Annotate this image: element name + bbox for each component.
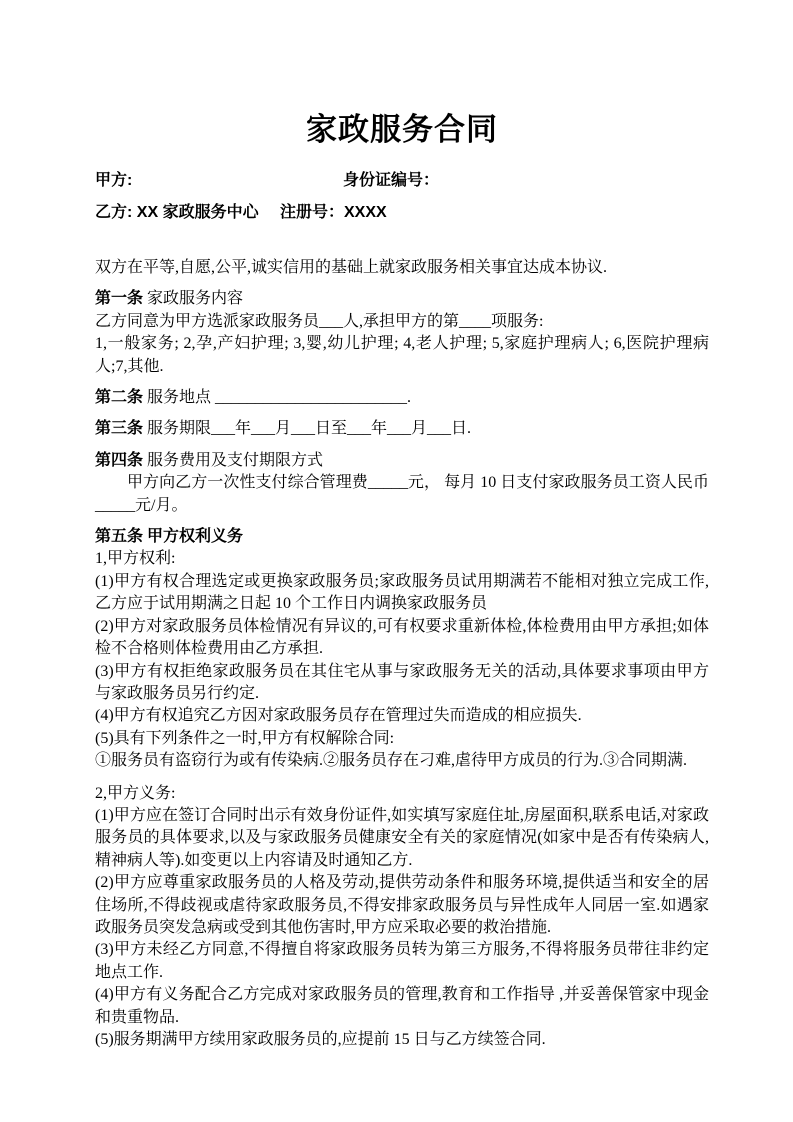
obligations-item: (5)服务期满甲方续用家政服务员的,应提前 15 日与乙方续签合同. — [95, 1029, 709, 1051]
rights-item: (3)甲方有权拒绝家政服务员在其住宅从事与家政服务无关的活动,具体要求事项由甲方… — [95, 661, 709, 706]
obligations-item: (3)甲方未经乙方同意,不得擅自将家政服务员转为第三方服务,不得将服务员带往非约… — [95, 939, 709, 984]
article-4-paragraph: 甲方向乙方一次性支付综合管理费_____元， 每月 10 日支付家政服务员工资人… — [95, 472, 709, 517]
article-1-heading: 第一条 家政服务内容 — [95, 288, 709, 310]
rights-item: ①服务员有盗窃行为或有传染病.②服务员存在刁难,虐待甲方成员的行为.③合同期满. — [95, 750, 709, 772]
rights-item: (5)具有下列条件之一时,甲方有权解除合同: — [95, 728, 709, 750]
article-1-number: 第一条 — [95, 290, 143, 307]
article-2-number: 第二条 — [95, 389, 143, 406]
id-number-label: 身份证编号： — [343, 167, 439, 190]
rights-item: (1)甲方有权合理选定或更换家政服务员;家政服务员试用期满若不能相对独立完成工作… — [95, 571, 709, 616]
rights-item: (4)甲方有权追究乙方因对家政服务员存在管理过失而造成的相应损失. — [95, 705, 709, 727]
article-5-number: 第五条 — [95, 528, 143, 545]
article-2-title: 服务地点 ________________________. — [147, 389, 411, 406]
article-1-paragraph: 1,一般家务; 2,孕,产妇护理; 3,婴,幼儿护理; 4,老人护理; 5,家庭… — [95, 333, 709, 378]
document-title: 家政服务合同 — [95, 104, 709, 149]
obligations-item: (1)甲方应在签订合同时出示有效身份证件,如实填写家庭住址,房屋面积,联系电话,… — [95, 805, 709, 872]
rights-section-head: 1,甲方权利: — [95, 548, 709, 570]
article-2-service-location: 第二条 服务地点 ________________________. — [95, 387, 709, 409]
contract-document: 家政服务合同 甲方: 身份证编号： 乙方: XX 家政服务中心 注册号：XXXX… — [0, 0, 793, 1122]
article-3-number: 第三条 — [95, 420, 143, 437]
obligations-item: (2)甲方应尊重家政服务员的人格及劳动,提供劳动条件和服务环境,提供适当和安全的… — [95, 872, 709, 939]
section-party-a-obligations: 2,甲方义务: (1)甲方应在签订合同时出示有效身份证件,如实填写家庭住址,房屋… — [95, 783, 709, 1052]
registration-number-label: 注册号：XXXX — [280, 199, 387, 222]
party-b-line: 乙方: XX 家政服务中心 注册号：XXXX — [95, 199, 709, 221]
obligations-item: (4)甲方有义务配合乙方完成对家政服务员的管理,教育和工作指导 ,并妥善保管家中… — [95, 984, 709, 1029]
article-4-heading: 第四条 服务费用及支付期限方式 — [95, 450, 709, 472]
article-2-heading: 第二条 服务地点 ________________________. — [95, 387, 709, 409]
party-a-label: 甲方: — [95, 172, 132, 189]
article-5-rights-obligations: 第五条 甲方权利义务 1,甲方权利: (1)甲方有权合理选定或更换家政服务员;家… — [95, 526, 709, 1051]
obligations-section-head: 2,甲方义务: — [95, 783, 709, 805]
article-5-title: 甲方权利义务 — [147, 528, 243, 545]
intro-paragraph: 双方在平等,自愿,公平,诚实信用的基础上就家政服务相关事宜达成本协议. — [95, 257, 709, 279]
article-4-fees-payment: 第四条 服务费用及支付期限方式 甲方向乙方一次性支付综合管理费_____元， 每… — [95, 450, 709, 517]
party-b-label: 乙方: XX 家政服务中心 — [95, 204, 259, 221]
article-1-paragraph: 乙方同意为甲方选派家政服务员___人,承担甲方的第____项服务: — [95, 311, 709, 333]
article-5-heading: 第五条 甲方权利义务 — [95, 526, 709, 548]
article-3-service-term: 第三条 服务期限___年___月___日至___年___月___日. — [95, 418, 709, 440]
article-4-title: 服务费用及支付期限方式 — [147, 452, 323, 469]
article-3-heading: 第三条 服务期限___年___月___日至___年___月___日. — [95, 418, 709, 440]
article-1-service-content: 第一条 家政服务内容 乙方同意为甲方选派家政服务员___人,承担甲方的第____… — [95, 288, 709, 378]
article-1-title: 家政服务内容 — [147, 290, 243, 307]
article-4-number: 第四条 — [95, 452, 143, 469]
party-a-line: 甲方: 身份证编号： — [95, 167, 709, 189]
rights-item: (2)甲方对家政服务员体检情况有异议的,可有权要求重新体检,体检费用由甲方承担;… — [95, 616, 709, 661]
section-party-a-rights: 1,甲方权利: (1)甲方有权合理选定或更换家政服务员;家政服务员试用期满若不能… — [95, 548, 709, 772]
article-3-title: 服务期限___年___月___日至___年___月___日. — [147, 420, 471, 437]
